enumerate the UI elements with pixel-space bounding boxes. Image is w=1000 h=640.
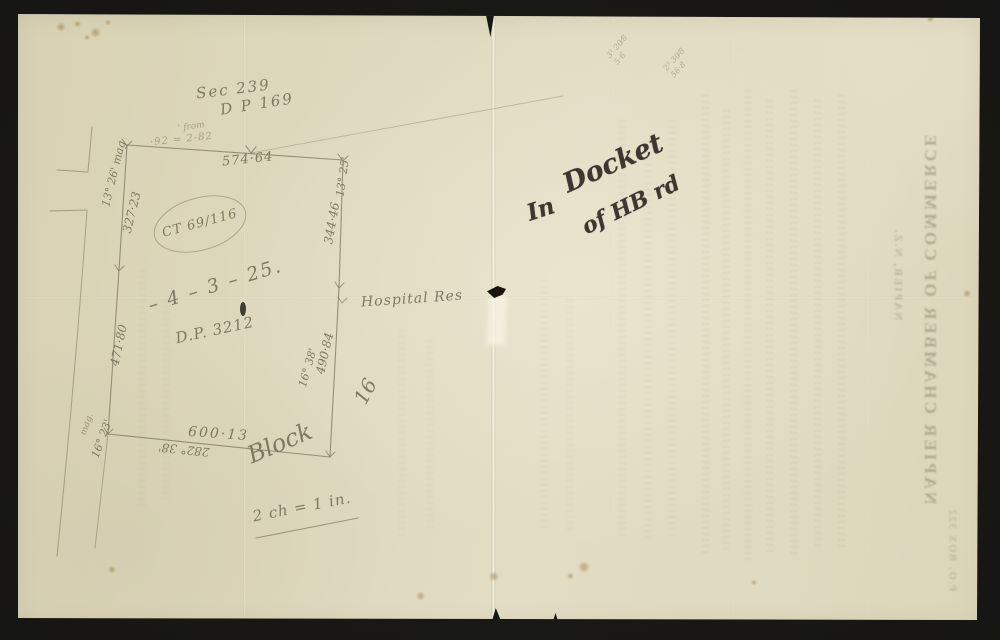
fox-spot — [105, 20, 111, 25]
bleedthrough-text-column — [398, 330, 406, 540]
bleedthrough-letterhead: NAPIER CHAMBER OF COMMERCE — [920, 128, 940, 508]
small-ink-hole — [240, 302, 246, 316]
paper-sheet: NAPIER CHAMBER OF COMMERCE NAPIER, N.Z. … — [0, 0, 1000, 640]
paper-abrasion — [487, 295, 508, 346]
bleedthrough-text-column — [644, 140, 652, 540]
fold-crease — [243, 16, 246, 620]
bleedthrough-text-column — [744, 90, 752, 560]
bleedthrough-text-column — [540, 280, 548, 530]
bleedthrough-text-column — [618, 120, 626, 540]
fold-crease — [731, 16, 734, 620]
fox-spot — [751, 580, 757, 585]
fox-spot — [56, 23, 66, 31]
bleedthrough-text-column — [722, 110, 730, 550]
fox-spot — [927, 16, 934, 22]
top-edge-tear — [486, 15, 494, 37]
fox-spot — [416, 592, 425, 600]
bleedthrough-text-column — [426, 340, 434, 530]
bleedthrough-text-column — [702, 95, 710, 555]
center-fold-hole — [487, 286, 506, 298]
fox-spot — [108, 566, 116, 573]
fox-spot — [489, 572, 499, 581]
bleedthrough-letterhead-city: NAPIER, N.Z. — [892, 209, 904, 339]
scanned-document-scene: NAPIER CHAMBER OF COMMERCE NAPIER, N.Z. … — [0, 0, 1000, 640]
fold-crease — [866, 16, 869, 620]
bottom-edge-tear — [492, 608, 501, 621]
fold-crease — [611, 16, 614, 620]
bleedthrough-text-column — [162, 300, 170, 500]
fox-spot — [567, 573, 574, 579]
bleedthrough-text-column — [138, 270, 146, 510]
bottom-edge-tear — [553, 613, 558, 621]
fox-spot — [74, 21, 81, 27]
bleedthrough-text-column — [790, 90, 798, 555]
fox-spot — [90, 28, 101, 37]
bleedthrough-text-column — [566, 300, 574, 530]
fold-crease — [491, 16, 496, 620]
bleedthrough-text-column — [838, 95, 846, 550]
bleedthrough-po-box: P.O. BOX 322 — [947, 494, 958, 606]
fox-spot — [578, 562, 590, 572]
fox-spot — [963, 290, 971, 297]
bleedthrough-text-column — [668, 120, 676, 540]
fox-spot — [84, 35, 90, 40]
fold-crease-horizontal — [22, 296, 972, 299]
bleedthrough-text-column — [766, 100, 774, 555]
bleedthrough-text-column — [814, 100, 822, 550]
